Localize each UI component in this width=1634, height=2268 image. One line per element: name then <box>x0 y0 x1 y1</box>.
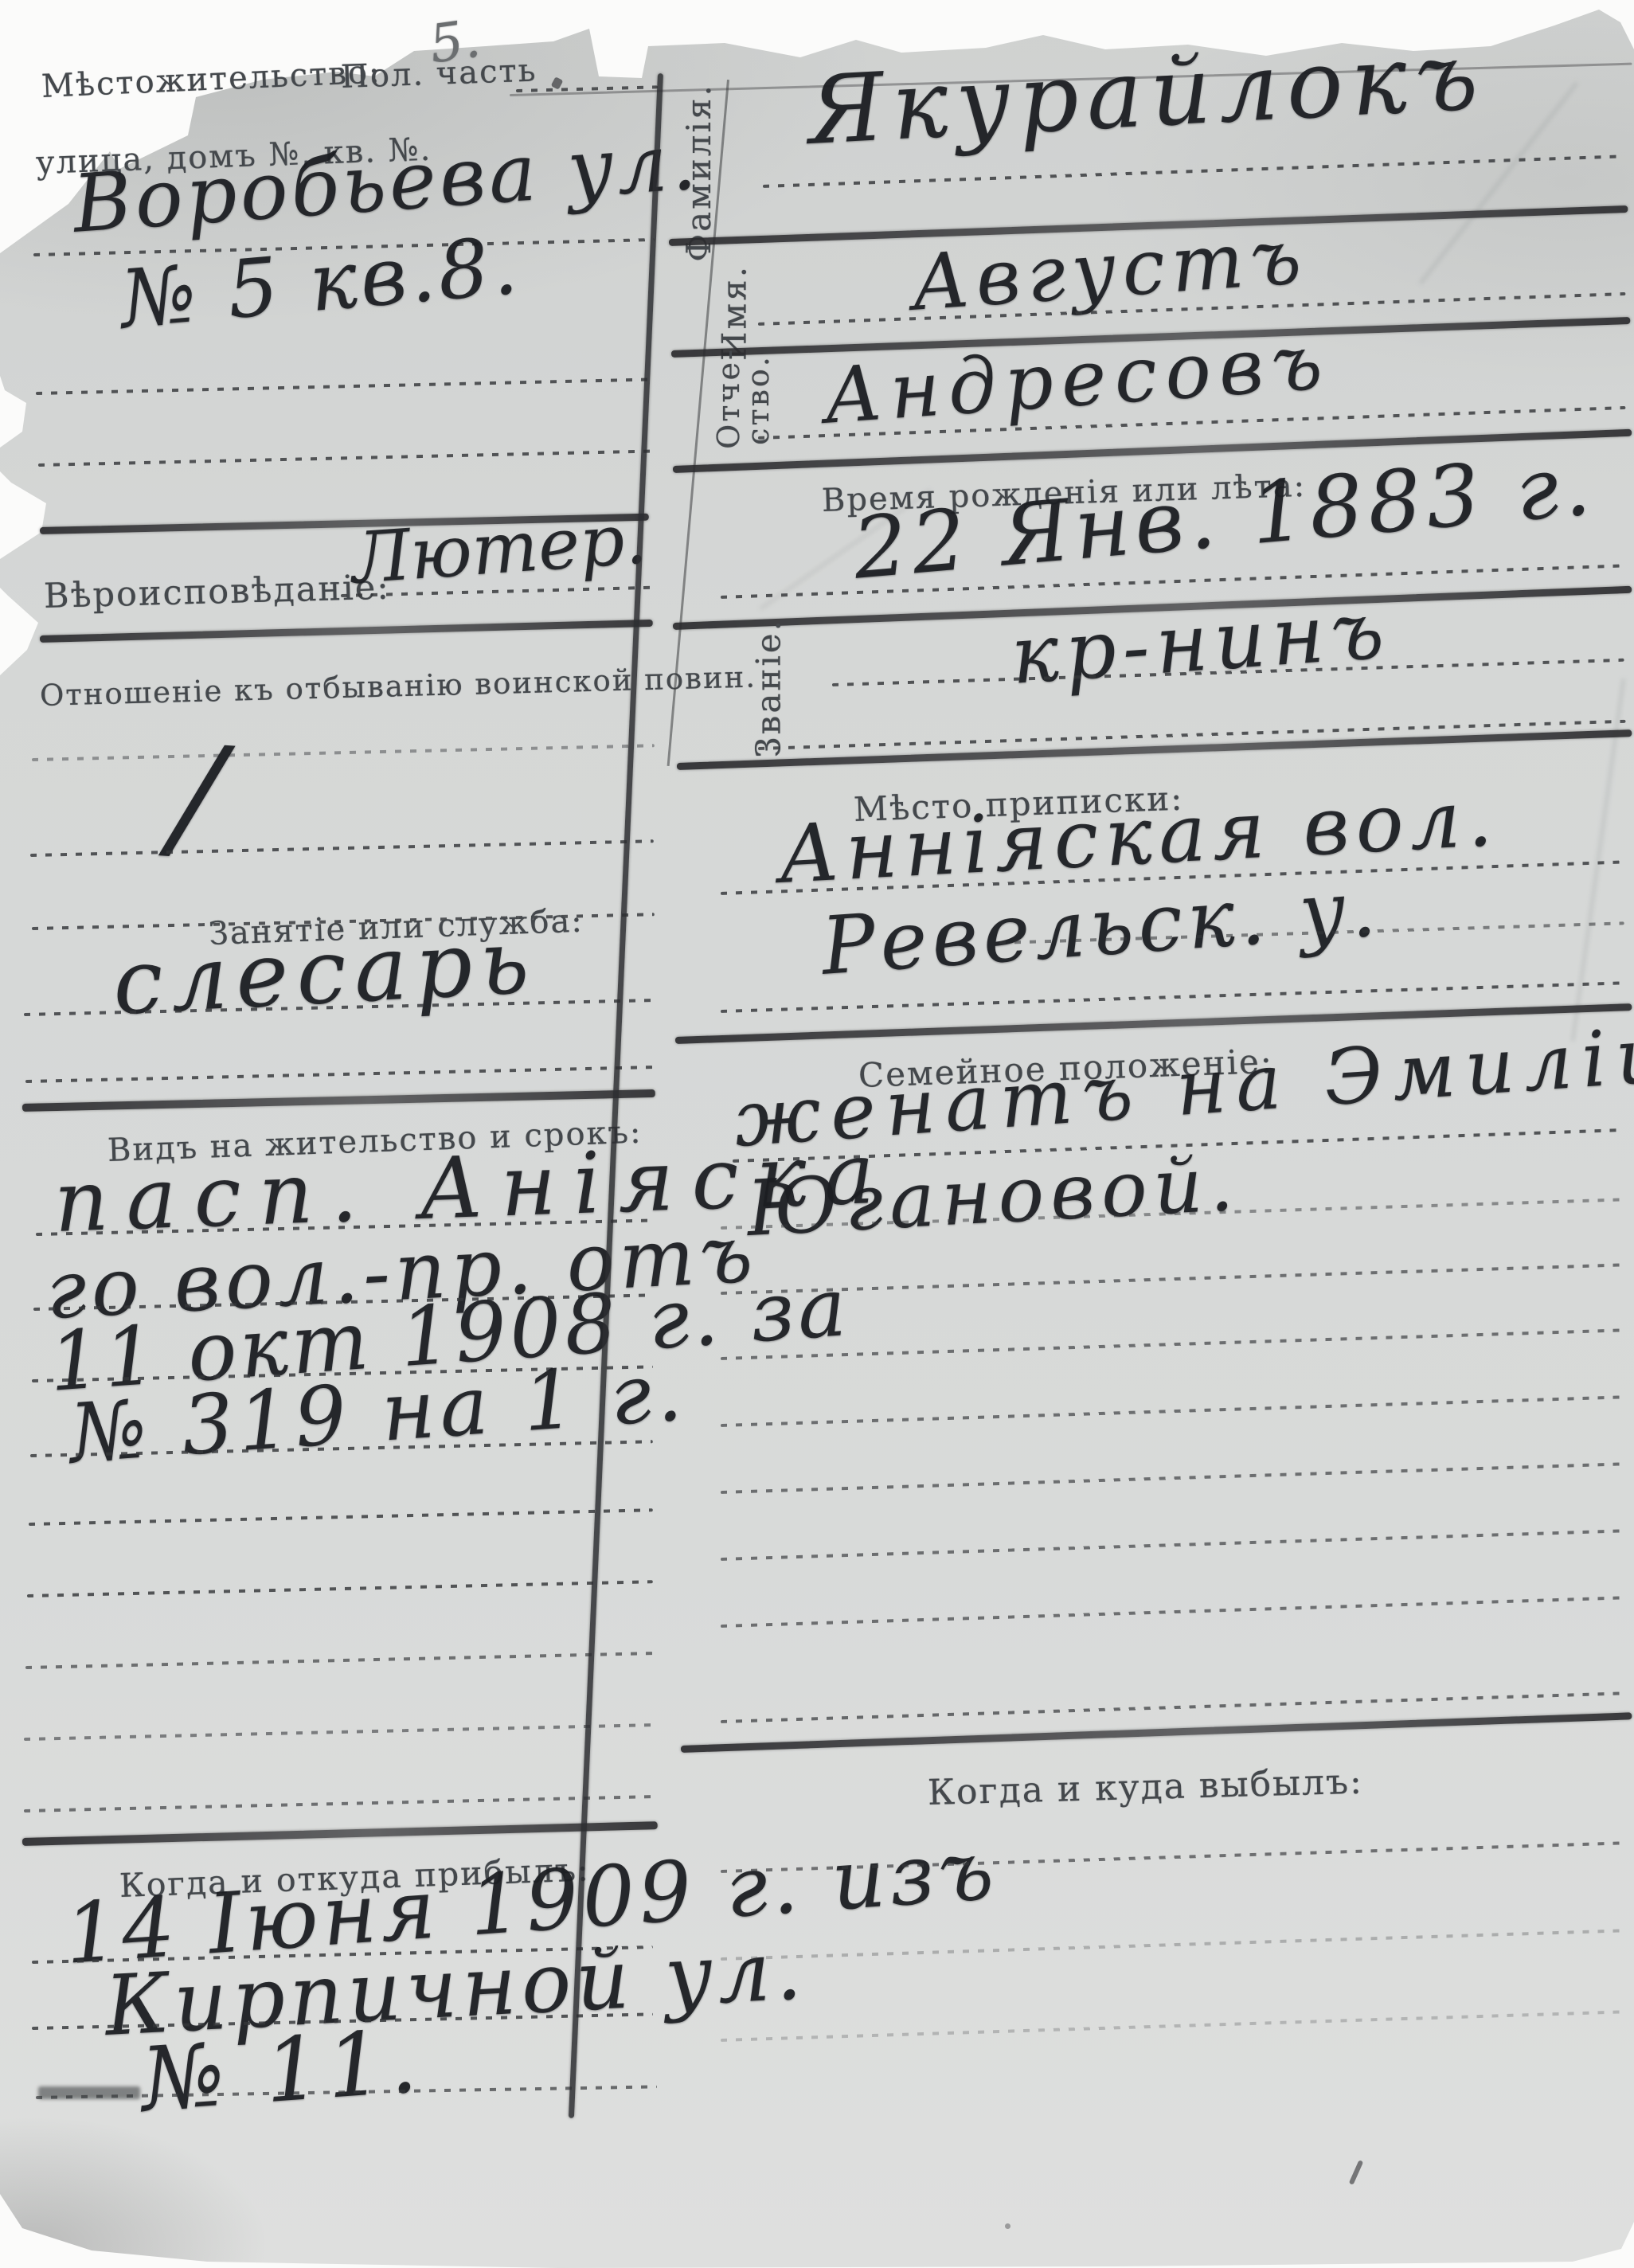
arrived-line-3: № 11. <box>139 2009 427 2130</box>
occupation-value: слесарь <box>111 909 540 1035</box>
rank-label: Званіе. <box>749 623 788 758</box>
police-part-label: Пол. часть <box>340 52 537 96</box>
ink-dot <box>1005 2223 1010 2229</box>
scanned-registration-card: 5. Мѣстожительство: Пол. часть улица, до… <box>0 0 1634 2268</box>
print-mark-smudge <box>38 2086 140 2099</box>
